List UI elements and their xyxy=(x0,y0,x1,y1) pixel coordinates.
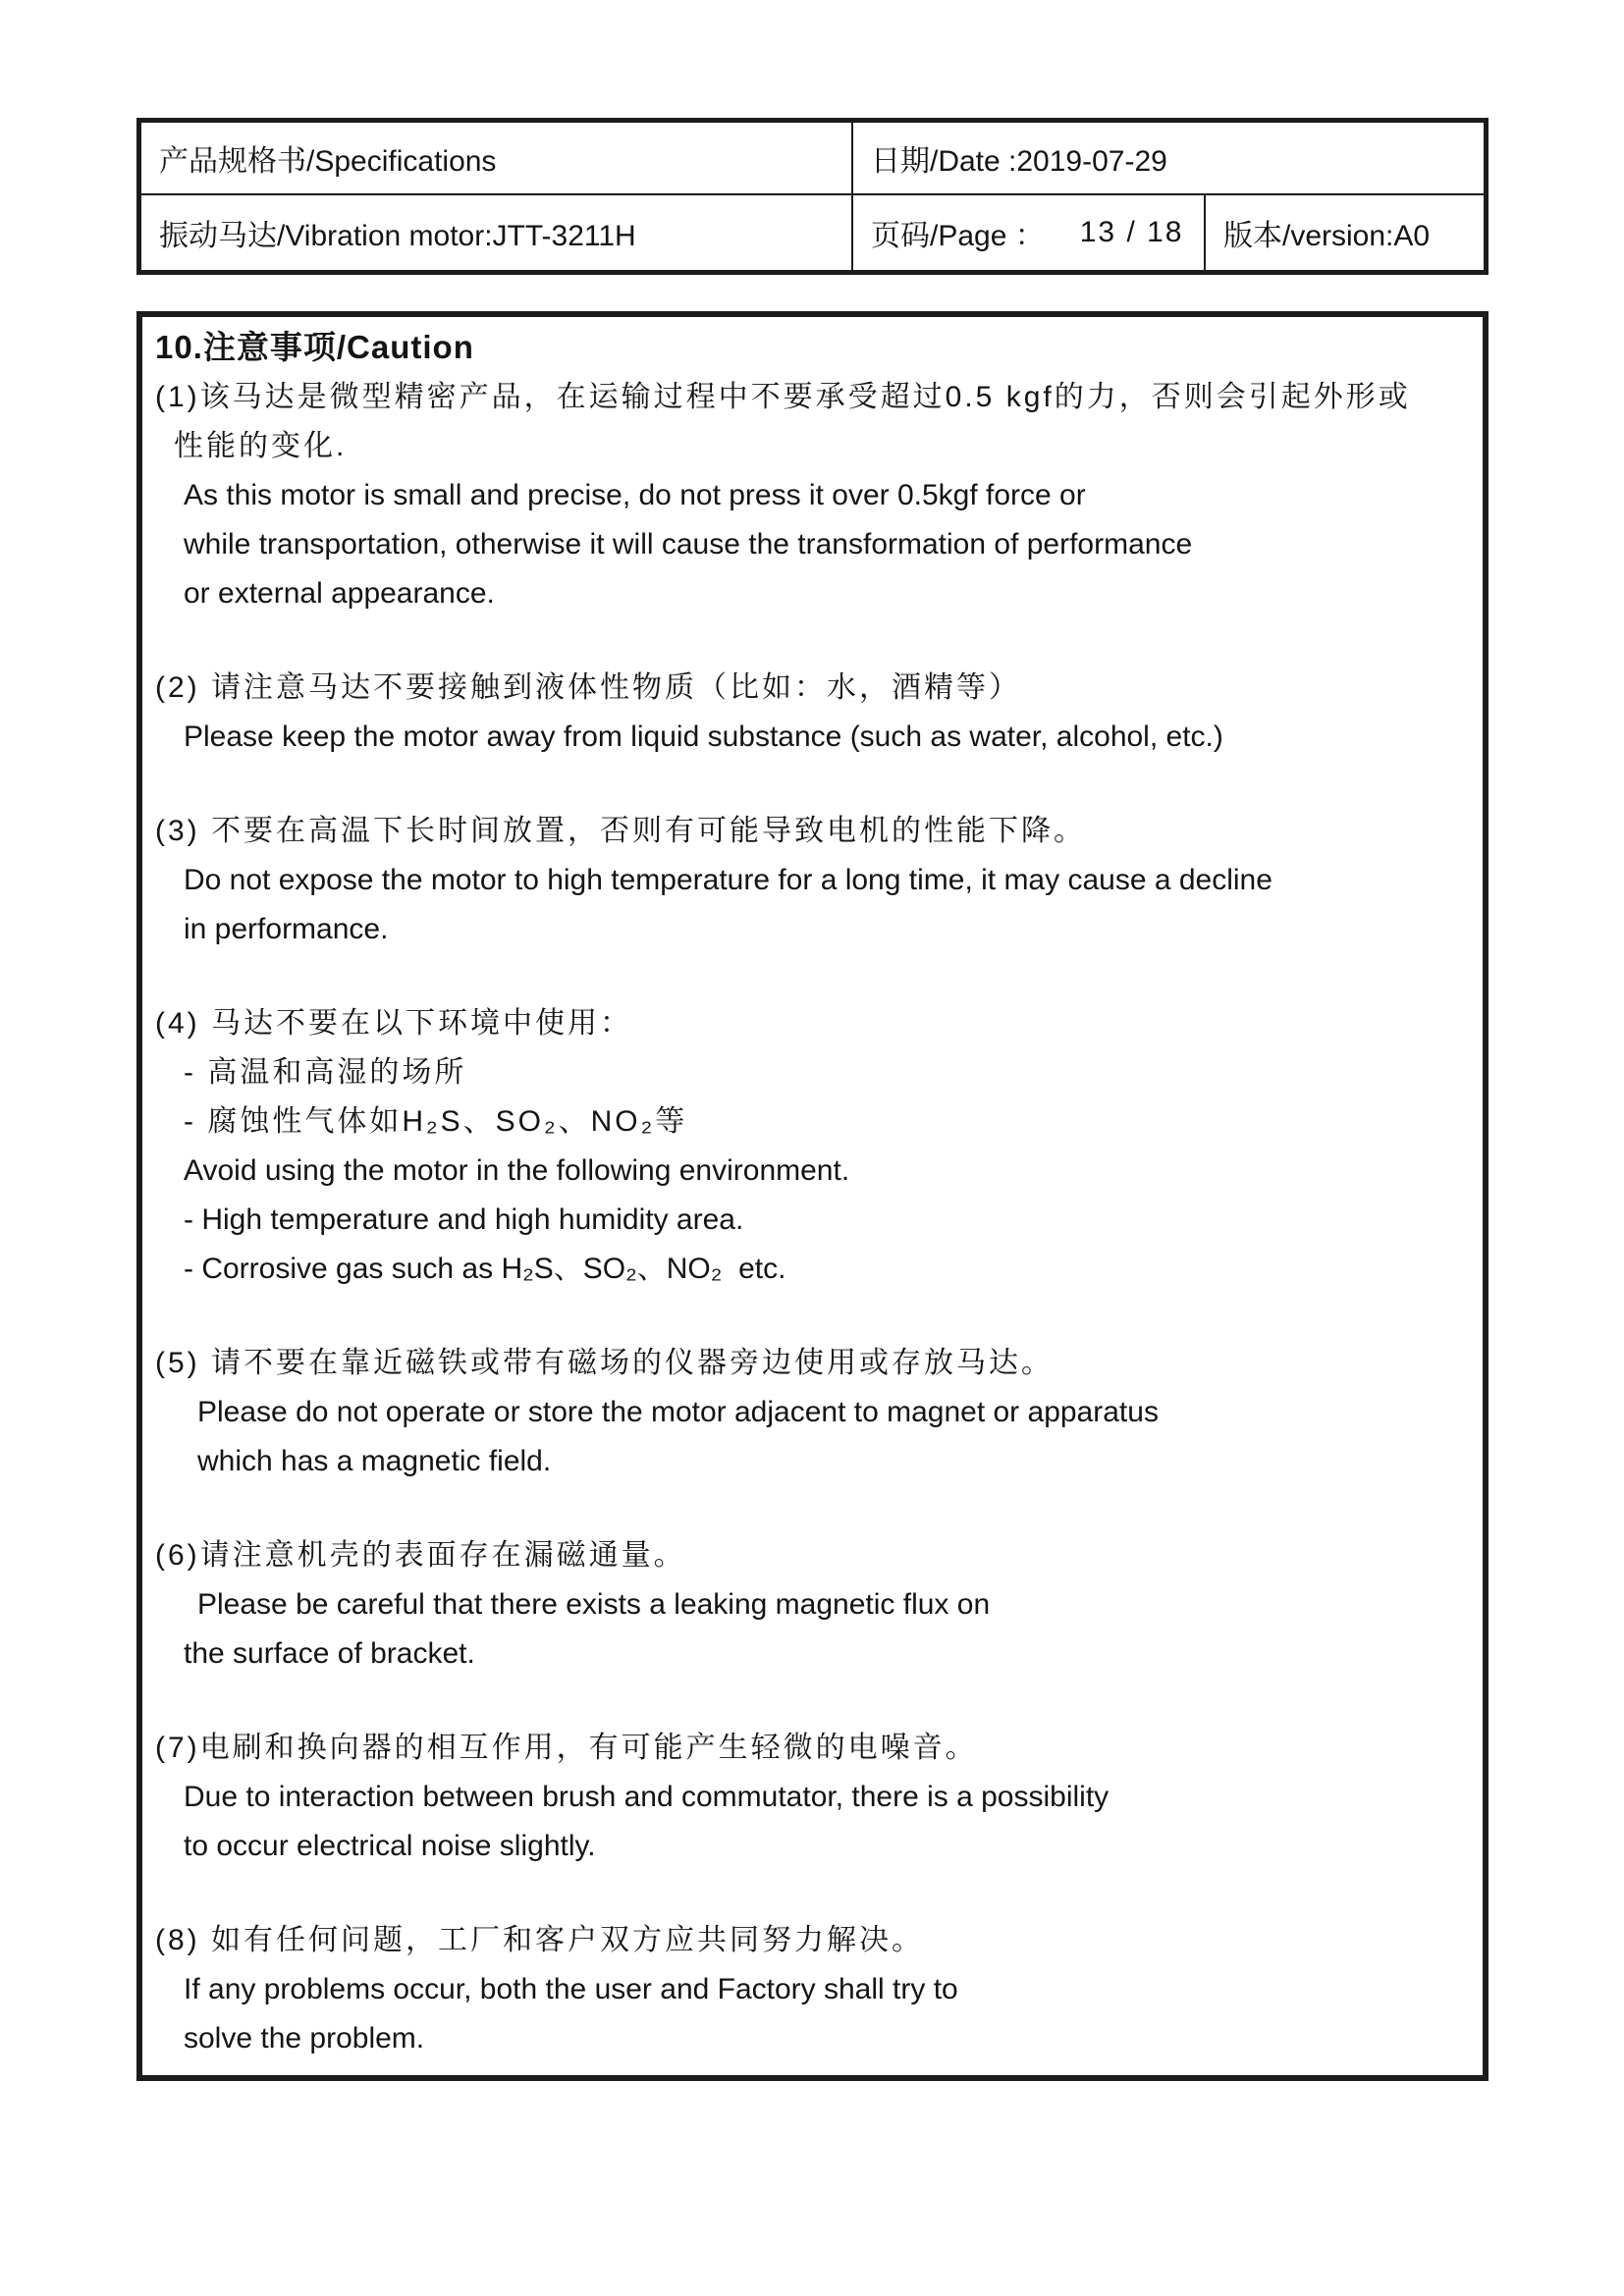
caution-line: (4) 马达不要在以下环境中使用： xyxy=(142,999,1483,1048)
caution-line: (7)电刷和换向器的相互作用，有可能产生轻微的电噪音。 xyxy=(142,1724,1483,1773)
motor-model-cell: 振动马达/Vibration motor:JTT-3211H xyxy=(141,195,853,270)
caution-line: or external appearance. xyxy=(142,569,1483,618)
caution-line: - Corrosive gas such as H₂S、SO₂、NO₂ etc. xyxy=(142,1245,1483,1294)
caution-section: (1)该马达是微型精密产品，在运输过程中不要承受超过0.5 kgf的力，否则会引… xyxy=(142,373,1483,618)
caution-line: If any problems occur, both the user and… xyxy=(142,1965,1483,2014)
caution-line: 性能的变化. xyxy=(142,422,1483,471)
caution-line: Avoid using the motor in the following e… xyxy=(142,1147,1483,1196)
caution-line: As this motor is small and precise, do n… xyxy=(142,471,1483,520)
caution-title: 10.注意事项/Caution xyxy=(142,322,1483,373)
caution-line: - High temperature and high humidity are… xyxy=(142,1196,1483,1245)
page-label: 页码/Page ： xyxy=(871,211,1045,254)
caution-line: Please do not operate or store the motor… xyxy=(142,1388,1483,1437)
caution-line: solve the problem. xyxy=(142,2014,1483,2063)
caution-line: - 高温和高湿的场所 xyxy=(142,1048,1483,1097)
caution-line: (3) 不要在高温下长时间放置，否则有可能导致电机的性能下降。 xyxy=(142,807,1483,856)
caution-line: (8) 如有任何问题，工厂和客户双方应共同努力解决。 xyxy=(142,1916,1483,1965)
caution-line: Do not expose the motor to high temperat… xyxy=(142,856,1483,905)
caution-line: the surface of bracket. xyxy=(142,1629,1483,1679)
caution-line: to occur electrical noise slightly. xyxy=(142,1822,1483,1871)
caution-line: which has a magnetic field. xyxy=(142,1437,1483,1486)
header-row-1: 产品规格书/Specifications 日期/Date :2019-07-29 xyxy=(141,123,1484,195)
caution-section: (6)请注意机壳的表面存在漏磁通量。Please be careful that… xyxy=(142,1531,1483,1679)
specifications-cell: 产品规格书/Specifications xyxy=(141,123,853,193)
caution-section: (2) 请注意马达不要接触到液体性物质（比如：水，酒精等）Please keep… xyxy=(142,664,1483,762)
date-cell: 日期/Date :2019-07-29 xyxy=(853,123,1484,193)
caution-line: (6)请注意机壳的表面存在漏磁通量。 xyxy=(142,1531,1483,1580)
version-cell: 版本/version:A0 xyxy=(1206,195,1484,270)
caution-line: Due to interaction between brush and com… xyxy=(142,1773,1483,1822)
caution-line: - 腐蚀性气体如H₂S、SO₂、NO₂等 xyxy=(142,1097,1483,1147)
caution-line: Please keep the motor away from liquid s… xyxy=(142,713,1483,762)
caution-section: (7)电刷和换向器的相互作用，有可能产生轻微的电噪音。Due to intera… xyxy=(142,1724,1483,1871)
caution-section: (5) 请不要在靠近磁铁或带有磁场的仪器旁边使用或存放马达。Please do … xyxy=(142,1339,1483,1486)
caution-line: while transportation, otherwise it will … xyxy=(142,520,1483,569)
caution-line: in performance. xyxy=(142,905,1483,954)
caution-line: Please be careful that there exists a le… xyxy=(142,1580,1483,1629)
caution-line: (1)该马达是微型精密产品，在运输过程中不要承受超过0.5 kgf的力，否则会引… xyxy=(142,373,1483,422)
caution-line: (2) 请注意马达不要接触到液体性物质（比如：水，酒精等） xyxy=(142,664,1483,713)
caution-sections: (1)该马达是微型精密产品，在运输过程中不要承受超过0.5 kgf的力，否则会引… xyxy=(142,373,1483,2063)
caution-section: (3) 不要在高温下长时间放置，否则有可能导致电机的性能下降。Do not ex… xyxy=(142,807,1483,954)
caution-section: (4) 马达不要在以下环境中使用：- 高温和高湿的场所- 腐蚀性气体如H₂S、S… xyxy=(142,999,1483,1294)
caution-box: 10.注意事项/Caution (1)该马达是微型精密产品，在运输过程中不要承受… xyxy=(136,311,1489,2081)
page-number-cell: 页码/Page ： 13 / 18 xyxy=(853,195,1206,270)
caution-section: (8) 如有任何问题，工厂和客户双方应共同努力解决。If any problem… xyxy=(142,1916,1483,2063)
page-value: 13 / 18 xyxy=(1080,216,1184,249)
caution-line: (5) 请不要在靠近磁铁或带有磁场的仪器旁边使用或存放马达。 xyxy=(142,1339,1483,1388)
spec-header-table: 产品规格书/Specifications 日期/Date :2019-07-29… xyxy=(136,118,1489,275)
header-row-2: 振动马达/Vibration motor:JTT-3211H 页码/Page ：… xyxy=(141,195,1484,270)
